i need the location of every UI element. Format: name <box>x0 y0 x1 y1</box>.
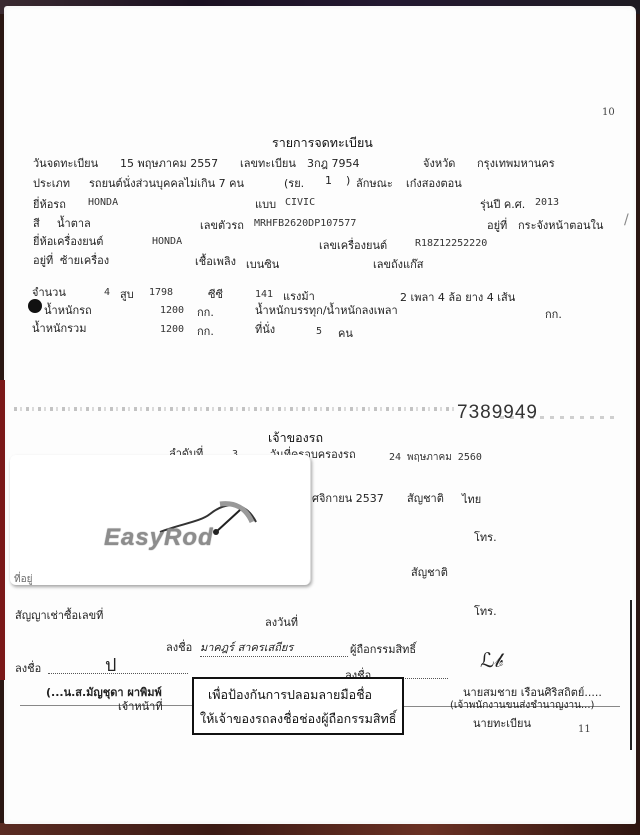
brand-value: HONDA <box>88 197 118 208</box>
engine-number-label: เลขเครื่องยนต์ <box>319 236 387 254</box>
year-value: 2013 <box>535 197 559 208</box>
province-label: จังหวัด <box>423 154 455 172</box>
right-margin-line <box>630 600 632 750</box>
lease-number-label: สัญญาเช่าซื้อเลขที่ <box>15 606 103 624</box>
owner-role: ผู้ถือกรรมสิทธิ์ <box>350 640 416 658</box>
engine-number-value: R18Z12252220 <box>415 238 487 249</box>
engine-location-value: ซ้ายเครื่อง <box>60 251 109 269</box>
color-value: น้ำตาล <box>57 214 91 232</box>
registrar-signature: ℒ𝒷 <box>480 648 503 672</box>
gross-weight-label: น้ำหนักรวม <box>32 319 86 337</box>
phone-label-2: โทร. <box>474 602 497 620</box>
page-number-top: 10 <box>602 107 615 118</box>
chassis-location-label: อยู่ที่ <box>487 216 507 234</box>
nationality-value: ไทย <box>462 490 481 508</box>
page-left-edge <box>0 380 5 680</box>
year-label: รุ่นปี ค.ศ. <box>480 195 525 213</box>
cc-value: 1798 <box>149 287 173 298</box>
chassis-label: เลขตัวรถ <box>200 216 244 234</box>
birth-date-partial: ศจิกายน 2537 <box>312 489 384 507</box>
gross-weight-value: 1200 <box>160 324 184 335</box>
registrar-role: นายทะเบียน <box>473 714 531 732</box>
faded-print-line <box>14 407 454 411</box>
nationality-label-2: สัญชาติ <box>411 563 448 581</box>
chassis-value: MRHFB2620DP107577 <box>254 218 356 229</box>
ry-value: 1 <box>325 174 332 187</box>
slash-mark: / <box>624 212 629 228</box>
reg-date-value: 15 พฤษภาคม 2557 <box>120 154 218 172</box>
stamp-line-2: ให้เจ้าของรถลงชื่อช่องผู้ถือกรรมสิทธิ์ <box>200 709 396 729</box>
officer-signature: ป <box>105 650 116 679</box>
weight-label: น้ำหนักรถ <box>44 301 92 319</box>
registrar-subtitle: (เจ้าพนักงานขนส่งชำนาญงาน...) <box>450 698 594 713</box>
seats-label: ที่นั่ง <box>255 320 275 338</box>
officer-signature-line <box>48 663 188 674</box>
seats-unit: คน <box>338 324 353 342</box>
style-label: ลักษณะ <box>356 174 393 192</box>
address-label-partial: ที่อยู่ <box>14 572 32 587</box>
easyrod-logo-text: EasyRod <box>104 524 214 552</box>
owner-signature: มาคฎร์ สาครเสถียร <box>200 638 348 657</box>
seats-value: 5 <box>316 326 322 337</box>
ry-close: ) <box>346 174 350 187</box>
type-value: รถยนต์นั่งส่วนบุคคลไม่เกิน 7 คน <box>89 174 244 192</box>
serial-number: 7389949 <box>457 402 538 424</box>
axle-wheel-tire: 2 เพลา 4 ล้อ ยาง 4 เส้น <box>400 288 515 306</box>
owner-sign-label: ลงชื่อ <box>166 638 192 656</box>
phone-label: โทร. <box>474 528 497 546</box>
officer-sign-label: ลงชื่อ <box>15 659 41 677</box>
ry-label: (รย. <box>284 174 304 192</box>
hp-value: 141 <box>255 289 273 300</box>
plate-value: 3กฎ 7954 <box>307 154 360 172</box>
type-label: ประเภท <box>33 174 70 192</box>
stamp-line-1: เพื่อป้องกันการปลอมลายมือชื่อ <box>208 685 372 705</box>
model-label: แบบ <box>255 195 276 213</box>
reg-date-label: วันจดทะเบียน <box>33 154 98 172</box>
possession-value: 24 พฤษภาคม 2560 <box>389 450 482 465</box>
province-value: กรุงเทพมหานคร <box>477 154 555 172</box>
weight-unit: กก. <box>197 303 214 321</box>
cylinders-unit: สูบ <box>120 285 134 303</box>
sign-date-label: ลงวันที่ <box>265 613 298 631</box>
document-title: รายการจดทะเบียน <box>272 133 373 153</box>
gas-tank-label: เลขถังแก๊ส <box>373 255 424 273</box>
nationality-label: สัญชาติ <box>407 489 444 507</box>
anti-forgery-stamp: เพื่อป้องกันการปลอมลายมือชื่อ ให้เจ้าของ… <box>192 677 404 735</box>
engine-location-label: อยู่ที่ <box>33 251 53 269</box>
cc-unit: ซีซี <box>208 285 223 303</box>
style-value: เก๋งสองตอน <box>406 174 462 192</box>
punch-hole-mark <box>28 299 42 313</box>
count-label: จำนวน <box>32 283 66 301</box>
weight-value: 1200 <box>160 305 184 316</box>
plate-label: เลขทะเบียน <box>240 154 296 172</box>
fuel-label: เชื้อเพลิง <box>195 252 236 270</box>
load-unit: กก. <box>545 305 562 323</box>
scan-background-bottom <box>0 823 640 835</box>
engine-brand-label: ยี่ห้อเครื่องยนต์ <box>33 232 103 250</box>
load-label: น้ำหนักบรรทุก/น้ำหนักลงเพลา <box>255 301 398 319</box>
fuel-value: เบนซิน <box>246 255 279 273</box>
officer-role: เจ้าหน้าที่ <box>118 697 163 715</box>
engine-brand-value: HONDA <box>152 236 182 247</box>
brand-label: ยี่ห้อรถ <box>33 195 66 213</box>
color-label: สี <box>33 214 40 232</box>
model-value: CIVIC <box>285 197 315 208</box>
gross-weight-unit: กก. <box>197 322 214 340</box>
page-number-bottom: 11 <box>578 724 591 735</box>
rule-officer <box>20 705 200 706</box>
cylinders-value: 4 <box>104 287 110 298</box>
chassis-location-value: กระจังหน้าตอนใน <box>518 216 603 234</box>
